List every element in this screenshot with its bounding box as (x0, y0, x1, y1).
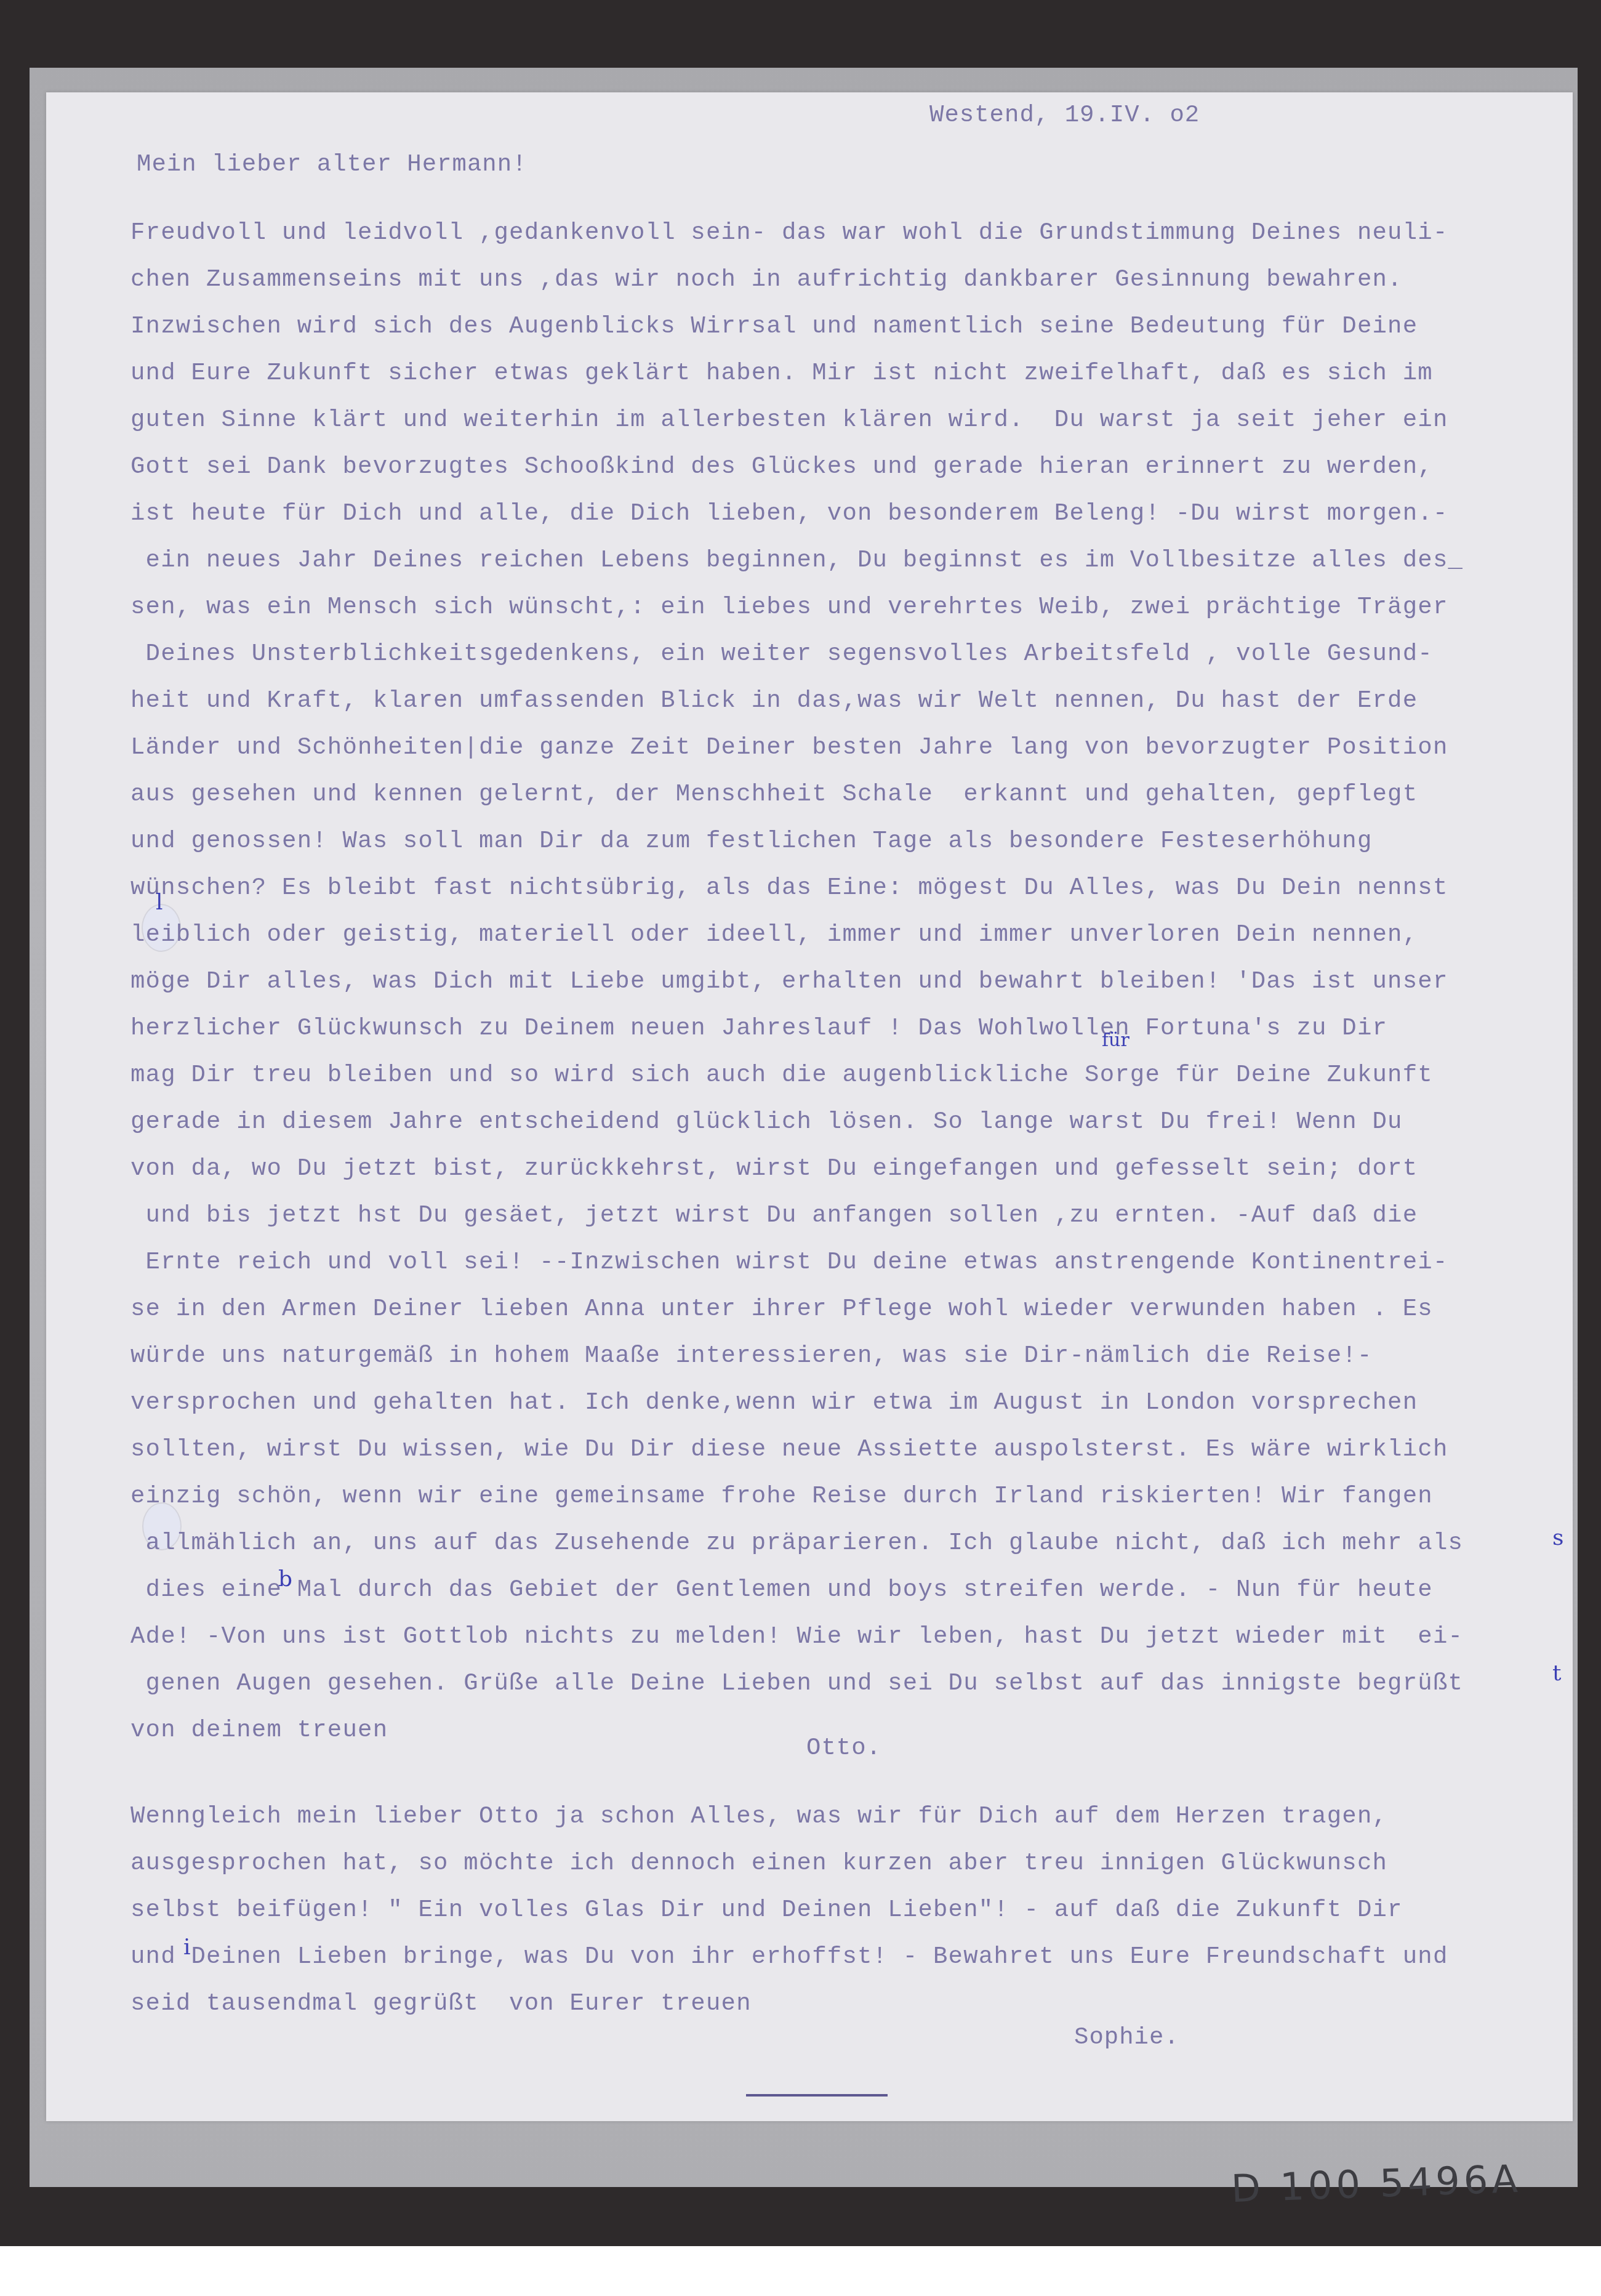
signature-otto: Otto. (806, 1736, 881, 1760)
body-line: möge Dir alles, was Dich mit Liebe umgib… (130, 958, 1546, 1005)
body-line: Inzwischen wird sich des Augenblicks Wir… (130, 303, 1546, 350)
salutation: Mein lieber alter Hermann! (137, 153, 528, 177)
body-line: se in den Armen Deiner lieben Anna unter… (130, 1286, 1546, 1332)
body-line: chen Zusammenseins mit uns ,das wir noch… (130, 256, 1546, 303)
postscript-line: Wenngleich mein lieber Otto ja schon All… (130, 1793, 1546, 1840)
pen-correction: l (156, 892, 163, 914)
body-line: ein neues Jahr Deines reichen Lebens beg… (130, 537, 1546, 584)
pen-correction: t (1552, 1662, 1561, 1685)
body-line: herzlicher Glückwunsch zu Deinem neuen J… (130, 1005, 1546, 1052)
body-line: heit und Kraft, klaren umfassenden Blick… (130, 677, 1546, 724)
body-line: mag Dir treu bleiben und so wird sich au… (130, 1052, 1546, 1098)
letter-body: Freudvoll und leidvoll ,gedankenvoll sei… (130, 209, 1546, 1754)
postscript-line: selbst beifügen! " Ein volles Glas Dir u… (130, 1887, 1546, 1933)
body-line: würde uns naturgemäß in hohem Maaße inte… (130, 1332, 1546, 1379)
body-line: und bis jetzt hst Du gesäet, jetzt wirst… (130, 1192, 1546, 1239)
body-line: sollten, wirst Du wissen, wie Du Dir die… (130, 1426, 1546, 1473)
postscript-line: und Deinen Lieben bringe, was Du von ihr… (130, 1933, 1546, 1980)
postscript: Wenngleich mein lieber Otto ja schon All… (130, 1793, 1546, 2027)
body-line: Länder und Schönheiten|die ganze Zeit De… (130, 724, 1546, 771)
body-line: genen Augen gesehen. Grüße alle Deine Li… (130, 1660, 1546, 1707)
body-line: und genossen! Was soll man Dir da zum fe… (130, 818, 1546, 864)
postscript-line: ausgesprochen hat, so möchte ich dennoch… (130, 1840, 1546, 1887)
body-line: versprochen und gehalten hat. Ich denke,… (130, 1379, 1546, 1426)
body-line: Ade! -Von uns ist Gottlob nichts zu meld… (130, 1613, 1546, 1660)
body-line: Gott sei Dank bevorzugtes Schooßkind des… (130, 443, 1546, 490)
body-line: Freudvoll und leidvoll ,gedankenvoll sei… (130, 209, 1546, 256)
postscript-line: seid tausendmal gegrüßt von Eurer treuen (130, 1980, 1546, 2027)
pen-correction: b (278, 1568, 292, 1590)
date-line: Westend, 19.IV. o2 (929, 103, 1200, 127)
body-line: und Eure Zukunft sicher etwas geklärt ha… (130, 350, 1546, 397)
body-line: einzig schön, wenn wir eine gemeinsame f… (130, 1473, 1546, 1520)
body-line: aus gesehen und kennen gelernt, der Mens… (130, 771, 1546, 818)
body-line: von da, wo Du jetzt bist, zurückkehrst, … (130, 1145, 1546, 1192)
body-line: allmählich an, uns auf das Zusehende zu … (130, 1520, 1546, 1566)
body-line: Ernte reich und voll sei! --Inzwischen w… (130, 1239, 1546, 1286)
body-line: wünschen? Es bleibt fast nichtsübrig, al… (130, 864, 1546, 911)
body-line: ist heute für Dich und alle, die Dich li… (130, 490, 1546, 537)
body-line: Deines Unsterblichkeitsgedenkens, ein we… (130, 630, 1546, 677)
pen-correction: s (1552, 1527, 1563, 1549)
body-line: guten Sinne klärt und weiterhin im aller… (130, 397, 1546, 443)
body-line: gerade in diesem Jahre entscheidend glüc… (130, 1098, 1546, 1145)
body-line: leiblich oder geistig, materiell oder id… (130, 911, 1546, 958)
signature-sophie: Sophie. (1074, 2026, 1179, 2050)
pen-correction: für (1102, 1031, 1130, 1050)
body-line: dies eine Mal durch das Gebiet der Gentl… (130, 1566, 1546, 1613)
closing-rule (746, 2094, 888, 2097)
pen-correction: i (183, 1936, 191, 1959)
body-line: sen, was ein Mensch sich wünscht,: ein l… (130, 584, 1546, 630)
